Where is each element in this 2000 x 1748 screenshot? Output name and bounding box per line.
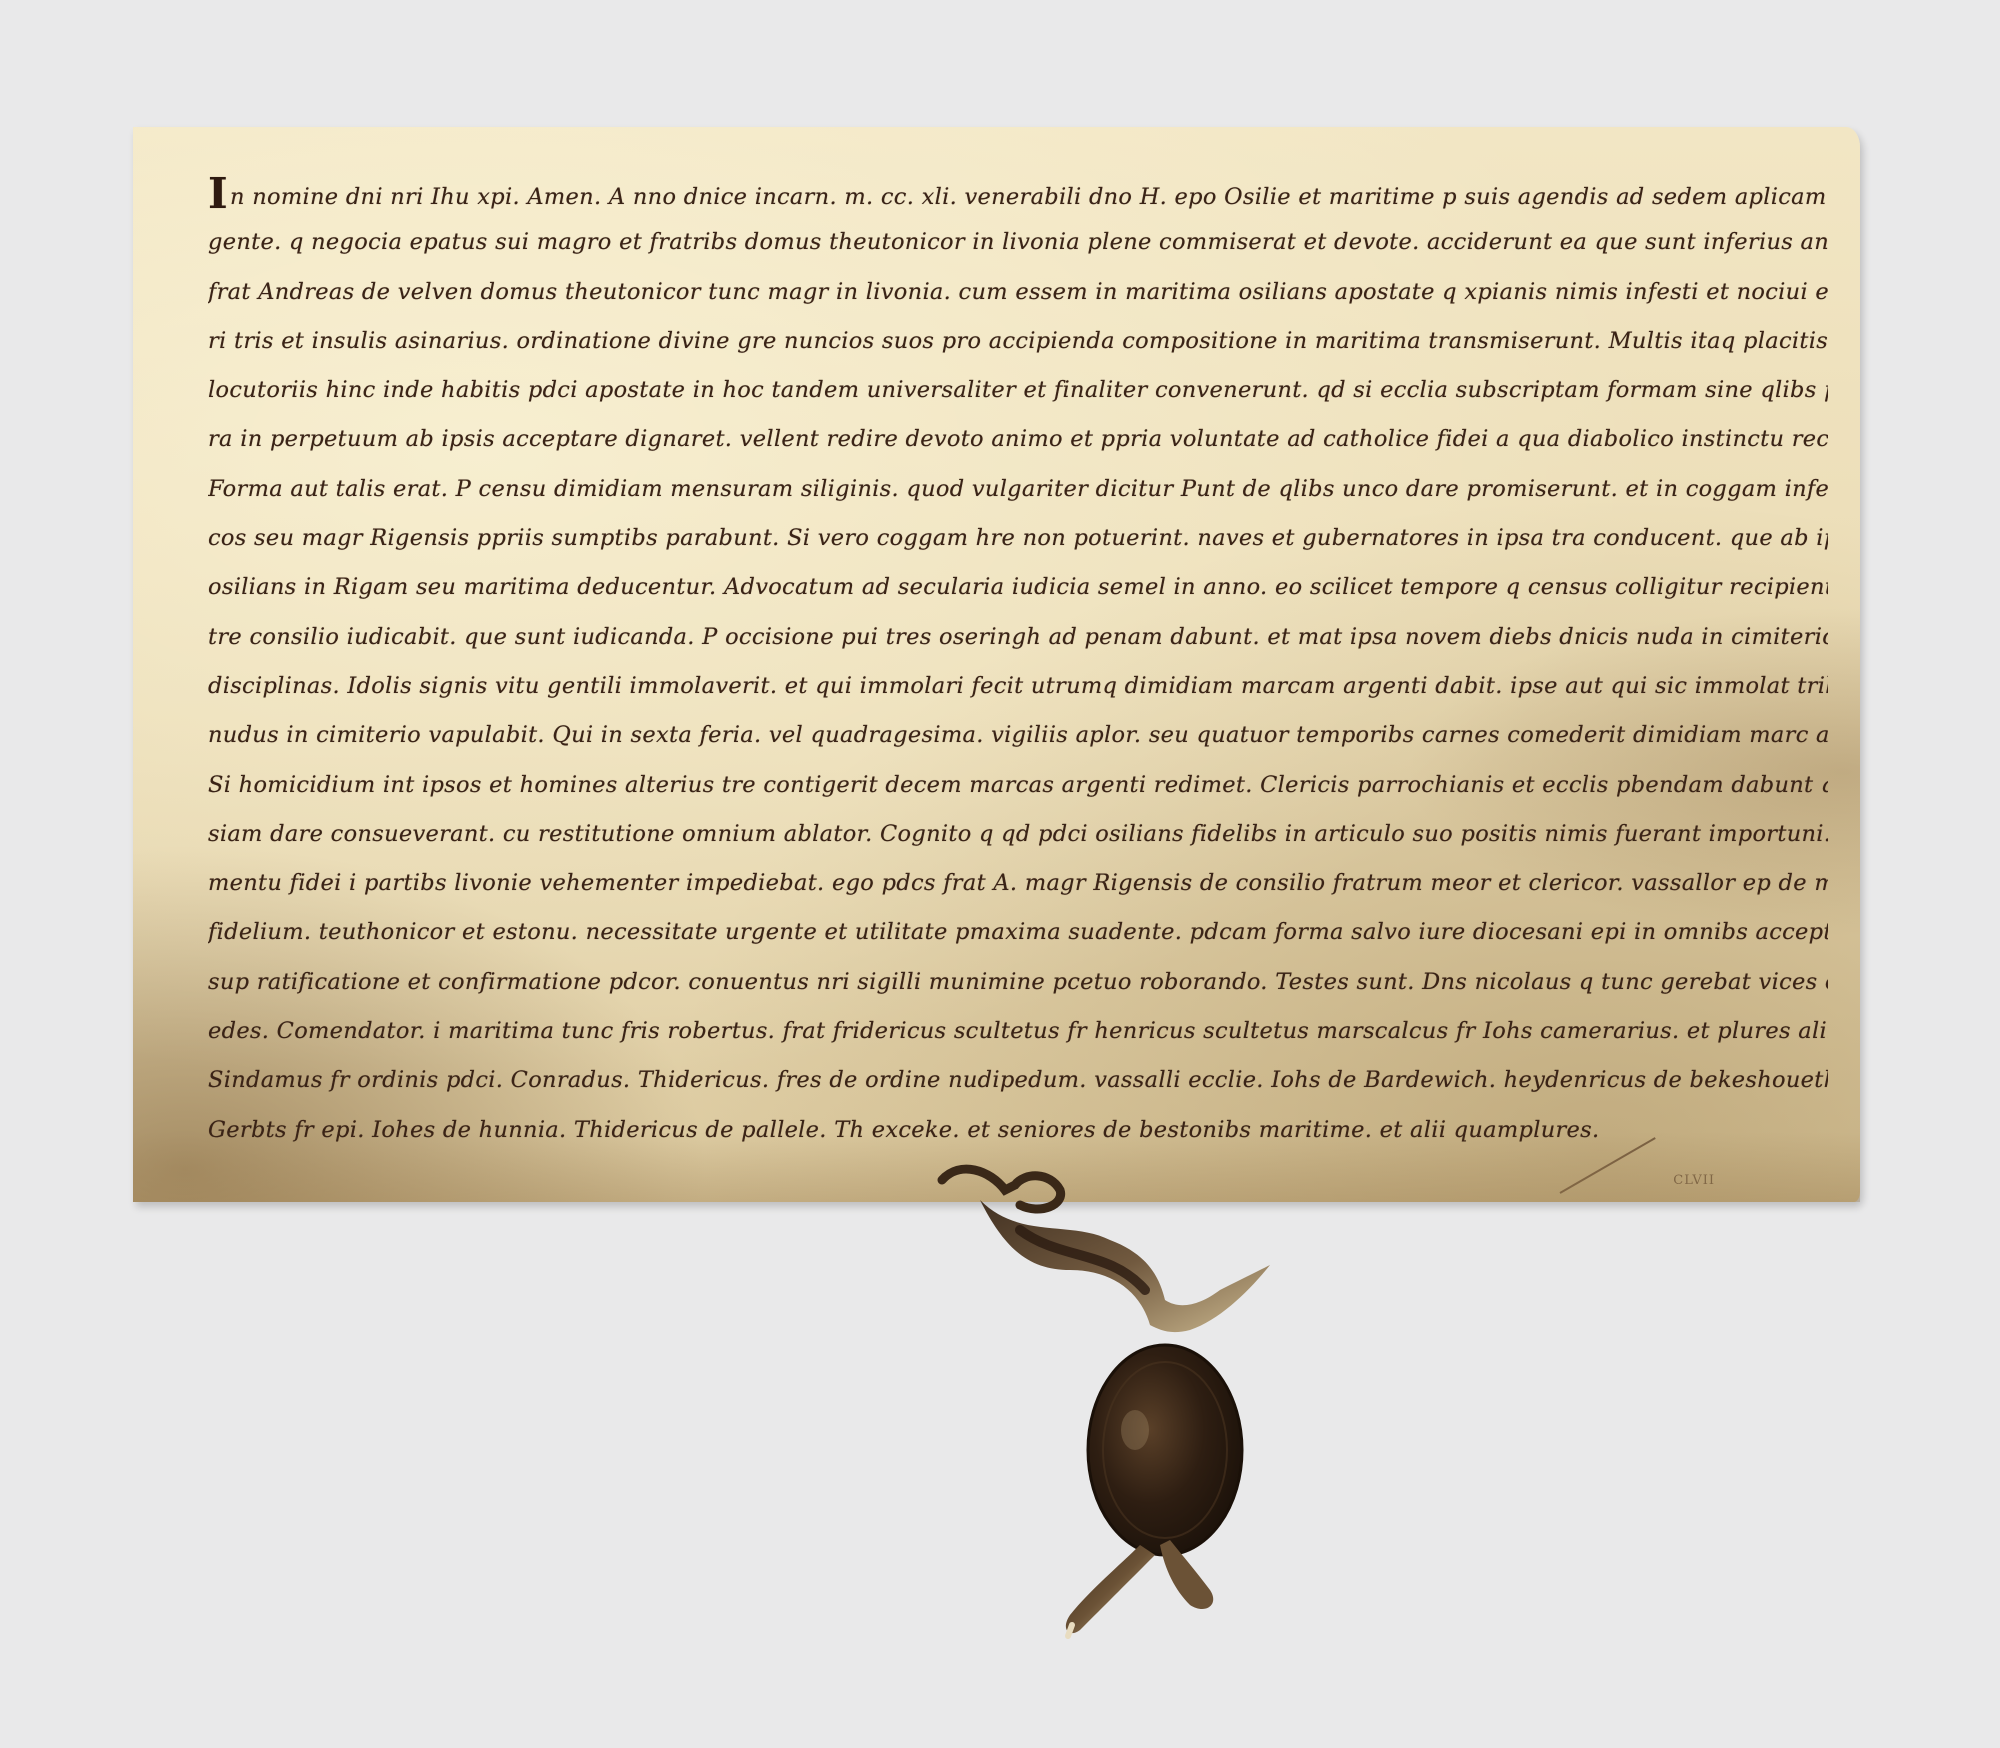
text-line-6: ra in perpetuum ab ipsis acceptare digna… [208, 415, 1828, 464]
text-line-15: mentu fidei i partibs livonie vehementer… [208, 859, 1828, 908]
text-line-5: locutoriis hinc inde habitis pdci aposta… [208, 366, 1828, 415]
decorated-initial: I [208, 169, 228, 218]
charter-text: In nomine dni nri Ihu xpi. Amen. A nno d… [208, 169, 1828, 1155]
charter-parchment: In nomine dni nri Ihu xpi. Amen. A nno d… [133, 127, 1860, 1202]
text-line-4: ri tris et insulis asinarius. ordination… [208, 317, 1828, 366]
pendant-seal [920, 1160, 1340, 1640]
archive-mark: CLVII [1673, 1173, 1715, 1188]
text-line-13: Si homicidium int ipsos et homines alter… [208, 761, 1828, 810]
text-line-20: Gerbts fr epi. Iohes de hunnia. Thideric… [208, 1106, 1828, 1155]
text-line-11: disciplinas. Idolis signis vitu gentili … [208, 662, 1828, 711]
pen-stroke-mark [1560, 1137, 1656, 1194]
strap-loop [942, 1169, 1061, 1209]
text-line-7: Forma aut talis erat. P censu dimidiam m… [208, 465, 1828, 514]
text-line-10: tre consilio iudicabit. que sunt iudican… [208, 613, 1828, 662]
text-line-9: osilians in Rigam seu maritima deducentu… [208, 563, 1828, 612]
text-line-1: In nomine dni nri Ihu xpi. Amen. A nno d… [208, 169, 1828, 218]
text-line-12: nudus in cimiterio vapulabit. Qui in sex… [208, 711, 1828, 760]
text-line-18: edes. Comendator. i maritima tunc fris r… [208, 1007, 1828, 1056]
text-line-19: Sindamus fr ordinis pdci. Conradus. Thid… [208, 1056, 1828, 1105]
text-line-16: fidelium. teuthonicor et estonu. necessi… [208, 908, 1828, 957]
wax-seal-icon [920, 1160, 1340, 1640]
text-line-8: cos seu magr Rigensis ppriis sumptibs pa… [208, 514, 1828, 563]
text-line-17: sup ratificatione et confirmatione pdcor… [208, 958, 1828, 1007]
text-line-2: gente. q negocia epatus sui magro et fra… [208, 218, 1828, 267]
text-line-3: frat Andreas de velven domus theutonicor… [208, 268, 1828, 317]
text-line-14: siam dare consueverant. cu restitutione … [208, 810, 1828, 859]
